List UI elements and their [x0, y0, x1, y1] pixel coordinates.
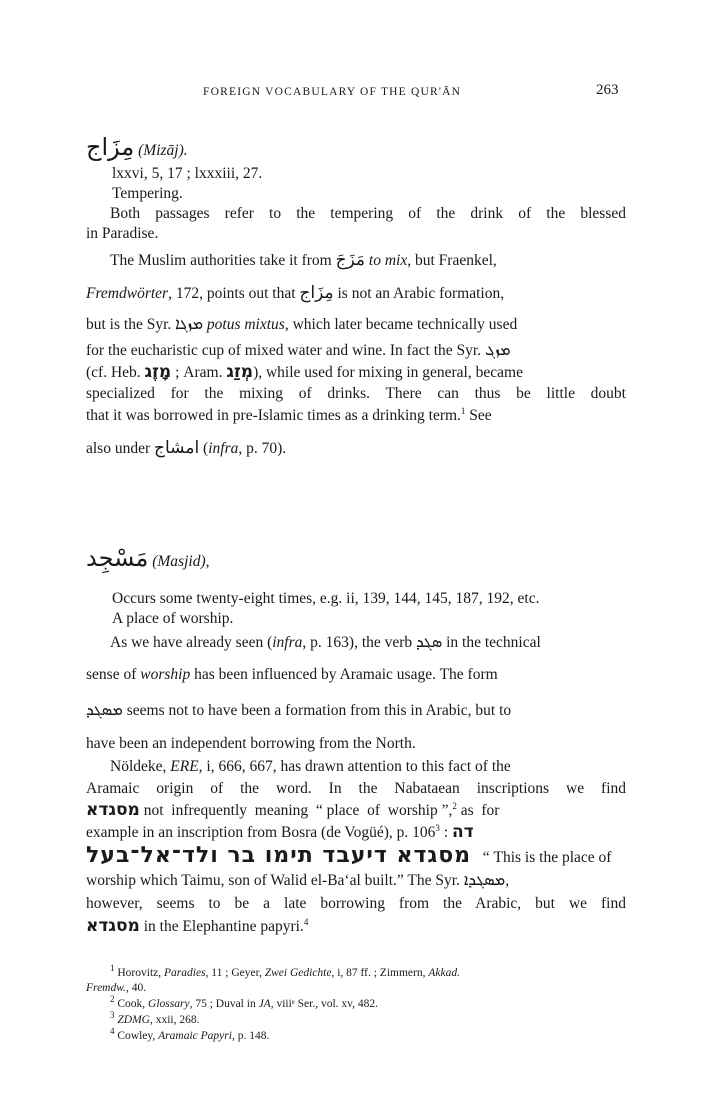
text-span: has been influenced by Aramaic usage. Th… [194, 666, 498, 683]
text-span: , 172, points out that [168, 285, 295, 302]
paragraph-line: in Paradise. [86, 224, 626, 244]
arabic-word: مِزَاج [299, 283, 333, 303]
hebrew-word: מָזֶג [145, 362, 172, 382]
footnote-1-cont: Fremdw., 40. [86, 981, 626, 996]
text-span: seems not to have been a formation from … [127, 702, 511, 719]
entry-meaning: Tempering. [112, 184, 652, 204]
text-span: , p. 148. [232, 1030, 269, 1042]
text-span: , [505, 872, 509, 889]
italic-gloss: to mix [369, 252, 407, 269]
footnote-number: 3 [110, 1010, 115, 1020]
syriac-word: ܣܓܕ [416, 632, 442, 651]
work-title: ERE [170, 758, 198, 775]
entry-references: lxxvi, 5, 17 ; lxxxiii, 27. [112, 164, 652, 184]
arabic-headword: مَسْجِد [86, 544, 148, 572]
text-span: “ This is the place of [483, 849, 612, 866]
text-span: , p. 70). [238, 440, 286, 457]
paragraph-line: ܡܣܓܕ seems not to have been a formation … [86, 700, 626, 721]
text-span: See [465, 407, 491, 424]
text-span: : [440, 824, 448, 841]
aramaic-word: מסגדא [86, 800, 140, 820]
text-span: , but Fraenkel, [407, 252, 497, 269]
aramaic-inscription: מסגדא דיעבד תימו בר ולד־אל־בעל [86, 843, 471, 868]
syriac-word: ܡܙܓܐ [175, 314, 203, 333]
text-span: , i, 666, 667, has drawn attention to th… [199, 758, 511, 775]
work-title: Zwei Gedichte [265, 967, 332, 979]
text-span: , i, 87 ff. ; Zimmern, [331, 967, 425, 979]
paragraph-line: for the eucharistic cup of mixed water a… [86, 340, 626, 361]
paragraph-line: Both passages refer to the tempering of … [110, 204, 626, 224]
paragraph-line: מסגדא not infrequently meaning “ place o… [86, 800, 626, 821]
text-span: The Muslim authorities take it from [110, 252, 332, 269]
paragraph-line: sense of worship has been influenced by … [86, 665, 626, 685]
entry-headword-mizaj: مِزَاج (Mizāj). [86, 137, 626, 161]
work-title: Fremdw. [86, 982, 126, 994]
footnote-number: 4 [110, 1026, 115, 1036]
arabic-headword: مِزَاج [86, 133, 134, 161]
text-span: , xxii, 268. [150, 1014, 200, 1026]
italic-term: worship [140, 666, 190, 683]
paragraph-line: As we have already seen (infra, p. 163),… [110, 632, 626, 653]
text-span: ), while used for mixing in general, bec… [253, 364, 523, 381]
arabic-word: امشاج [154, 438, 199, 458]
text-span: ; Aram. [175, 364, 222, 381]
paragraph-line: Nöldeke, ERE, i, 666, 667, has drawn att… [110, 757, 626, 777]
footnote-number: 2 [110, 994, 115, 1004]
syriac-word: ܡܣܓܕܐ [464, 870, 505, 889]
paragraph-line: מסגדא דיעבד תימו בר ולד־אל־בעל “ This is… [86, 846, 626, 868]
text-span: as for [457, 802, 500, 819]
work-title: Glossary [148, 998, 190, 1010]
text-span: , p. 163), the verb [302, 634, 412, 651]
running-title: Foreign Vocabulary of the Qur'ān [203, 86, 623, 98]
book-page: Foreign Vocabulary of the Qur'ān 263 مِز… [0, 0, 719, 1105]
paragraph-line: worship which Taimu, son of Walid el-Ba‘… [86, 870, 626, 891]
work-title: Fremdwörter [86, 285, 168, 302]
paragraph-line: The Muslim authorities take it from مَزَ… [110, 250, 626, 271]
paragraph-line: have been an independent borrowing from … [86, 734, 626, 754]
text-span: (cf. Heb. [86, 364, 141, 381]
text-span: is not an Arabic formation, [337, 285, 504, 302]
footnote-ref[interactable]: 4 [304, 917, 309, 927]
text-span: example in an inscription from Bosra (de… [86, 824, 435, 841]
text-span: , 75 ; Duval in [190, 998, 256, 1010]
text-span: Horovitz, [117, 967, 161, 979]
work-title: Aramaic Papyri [158, 1030, 232, 1042]
paragraph-line: מסגדא in the Elephantine papyri.4 [86, 916, 626, 937]
text-span: for the eucharistic cup of mixed water a… [86, 342, 481, 359]
paragraph-line: but is the Syr. ܡܙܓܐ potus mixtus, which… [86, 314, 626, 335]
paragraph-line: example in an inscription from Bosra (de… [86, 822, 626, 843]
text-span: worship which Taimu, son of Walid el-Ba‘… [86, 872, 460, 889]
entry-meaning: A place of worship. [112, 609, 652, 629]
work-title: Paradies [164, 967, 206, 979]
syriac-word: ܡܣܓܕ [86, 700, 123, 719]
text-span: that it was borrowed in pre-Islamic time… [86, 407, 461, 424]
text-span: also under [86, 440, 150, 457]
footnote-1: 1 Horovitz, Paradies, 11 ; Geyer, Zwei G… [110, 966, 626, 981]
text-span: sense of [86, 666, 136, 683]
text-span: but is the Syr. [86, 316, 171, 333]
text-span: in the Elephantine papyri. [144, 918, 304, 935]
syriac-word: ܡܙܓ [485, 340, 511, 359]
paragraph-line: Fremdwörter, 172, points out that مِزَاج… [86, 283, 626, 304]
page-number: 263 [596, 82, 619, 99]
text-span: , which later became technically used [285, 316, 517, 333]
paragraph-line: (cf. Heb. מָזֶג ; Aram. מְזַג), while us… [86, 362, 626, 383]
cross-ref: infra [208, 440, 238, 457]
footnote-number: 1 [110, 963, 115, 973]
paragraph-line: that it was borrowed in pre-Islamic time… [86, 406, 626, 426]
text-span: , 40. [126, 982, 146, 994]
entry-references: Occurs some twenty-eight times, e.g. ii,… [112, 589, 652, 609]
work-title: Akkad. [428, 967, 460, 979]
text-span: in the technical [446, 634, 541, 651]
work-title: JA [259, 998, 271, 1010]
text-span: , viiiᵉ Ser., vol. xv, 482. [271, 998, 378, 1010]
footnote-3: 3 ZDMG, xxii, 268. [110, 1013, 626, 1028]
latin-gloss: potus mixtus [207, 316, 285, 333]
text-span: As we have already seen ( [110, 634, 272, 651]
aramaic-word: דה [452, 822, 474, 842]
transliteration: (Masjid), [152, 553, 209, 570]
text-span: Cook, [117, 998, 145, 1010]
work-title: ZDMG [117, 1014, 150, 1026]
paragraph-line: also under امشاج (infra, p. 70). [86, 438, 626, 459]
paragraph-line: however, seems to be a late borrowing fr… [86, 894, 626, 914]
footnote-4: 4 Cowley, Aramaic Papyri, p. 148. [110, 1029, 626, 1044]
aramaic-word: מְזַג [226, 362, 253, 382]
transliteration: (Mizāj). [138, 142, 188, 159]
entry-headword-masjid: مَسْجِد (Masjid), [86, 548, 626, 572]
text-span: Cowley, [117, 1030, 155, 1042]
text-span: Nöldeke, [110, 758, 166, 775]
arabic-word: مَزَجَ [336, 250, 365, 270]
paragraph-line: Aramaic origin of the word. In the Nabat… [86, 779, 626, 799]
text-span: not infrequently meaning “ place of wors… [144, 802, 453, 819]
cross-ref: infra [272, 634, 302, 651]
text-span: , 11 ; Geyer, [206, 967, 262, 979]
aramaic-word: מסגדא [86, 916, 140, 936]
footnote-2: 2 Cook, Glossary, 75 ; Duval in JA, viii… [110, 997, 626, 1012]
paragraph-line: specialized for the mixing of drinks. Th… [86, 384, 626, 404]
